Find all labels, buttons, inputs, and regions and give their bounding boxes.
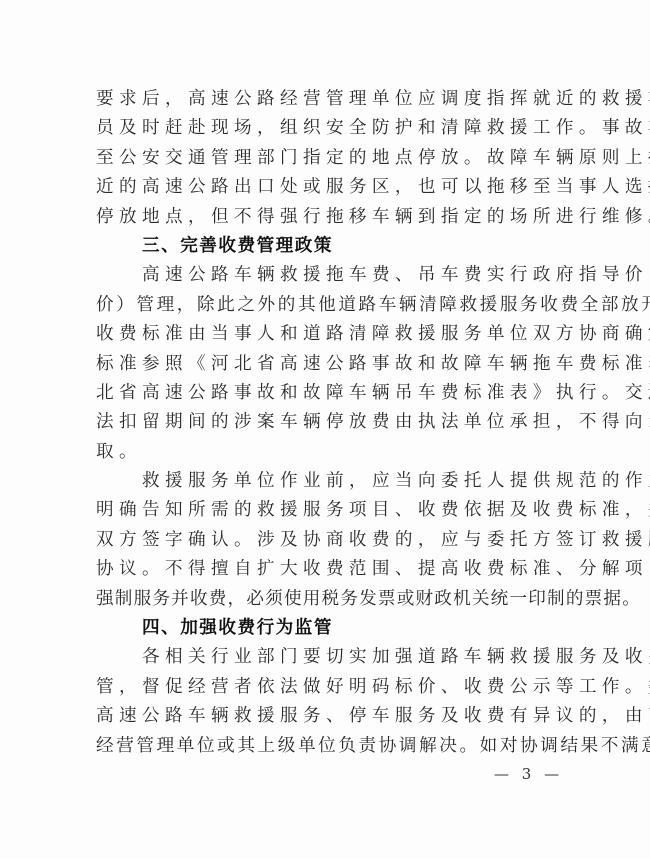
text-line: 法扣留期间的涉案车辆停放费由执法单位承担，不得向当事人收 bbox=[96, 408, 558, 437]
text-line: 标准参照《河北省高速公路事故和故障车辆拖车费标准表》《河 bbox=[96, 350, 558, 379]
text-line: 员及时赶赴现场，组织安全防护和清障救援工作。事故车辆拖移 bbox=[96, 114, 558, 143]
text-line: 北省高速公路事故和故障车辆吊车费标准表》执行。交通事故依 bbox=[96, 379, 558, 408]
text-line: 经营管理单位或其上级单位负责协调解决。如对协调结果不满意， bbox=[96, 732, 558, 761]
text-line: 协议。不得擅自扩大收费范围、提高收费标准、分解项目收费或 bbox=[96, 555, 558, 584]
text-line: 要求后，高速公路经营管理单位应调度指挥就近的救援车辆和人 bbox=[96, 85, 558, 114]
text-line: 明确告知所需的救援服务项目、收费依据及收费标准，并由委托 bbox=[96, 496, 558, 525]
text-line: 近的高速公路出口处或服务区，也可以拖移至当事人选择的其他 bbox=[96, 173, 558, 202]
text-line: 至公安交通管理部门指定的地点停放。故障车辆原则上拖移至最 bbox=[96, 144, 558, 173]
text-line: 价）管理，除此之外的其他道路车辆清障救援服务收费全部放开， bbox=[96, 291, 558, 320]
text-line: 管，督促经营者依法做好明码标价、收费公示等工作。委托人对 bbox=[96, 673, 558, 702]
text-line: 高速公路车辆救援服务、停车服务及收费有异议的，由高速公路 bbox=[96, 702, 558, 731]
text-line: 各相关行业部门要切实加强道路车辆救援服务及收费的监 bbox=[96, 643, 558, 672]
text-line: 收费标准由当事人和道路清障救援服务单位双方协商确定，收费 bbox=[96, 320, 558, 349]
page-number: — 3 — bbox=[494, 765, 563, 783]
section-heading-3: 三、完善收费管理政策 bbox=[96, 232, 558, 261]
text-line: 停放地点，但不得强行拖移车辆到指定的场所进行维修。 bbox=[96, 203, 558, 232]
text-line: 双方签字确认。涉及协商收费的，应与委托方签订救援服务收费 bbox=[96, 526, 558, 555]
section-heading-4: 四、加强收费行为监管 bbox=[96, 614, 558, 643]
text-line: 高速公路车辆救援拖车费、吊车费实行政府指导价（最高限 bbox=[96, 261, 558, 290]
text-line: 取。 bbox=[96, 438, 558, 467]
text-line: 救援服务单位作业前，应当向委托人提供规范的作业清单， bbox=[96, 467, 558, 496]
document-page: 要求后，高速公路经营管理单位应调度指挥就近的救援车辆和人 员及时赶赴现场，组织安… bbox=[96, 85, 558, 761]
text-line: 强制服务并收费，必须使用税务发票或财政机关统一印制的票据。 bbox=[96, 585, 558, 614]
